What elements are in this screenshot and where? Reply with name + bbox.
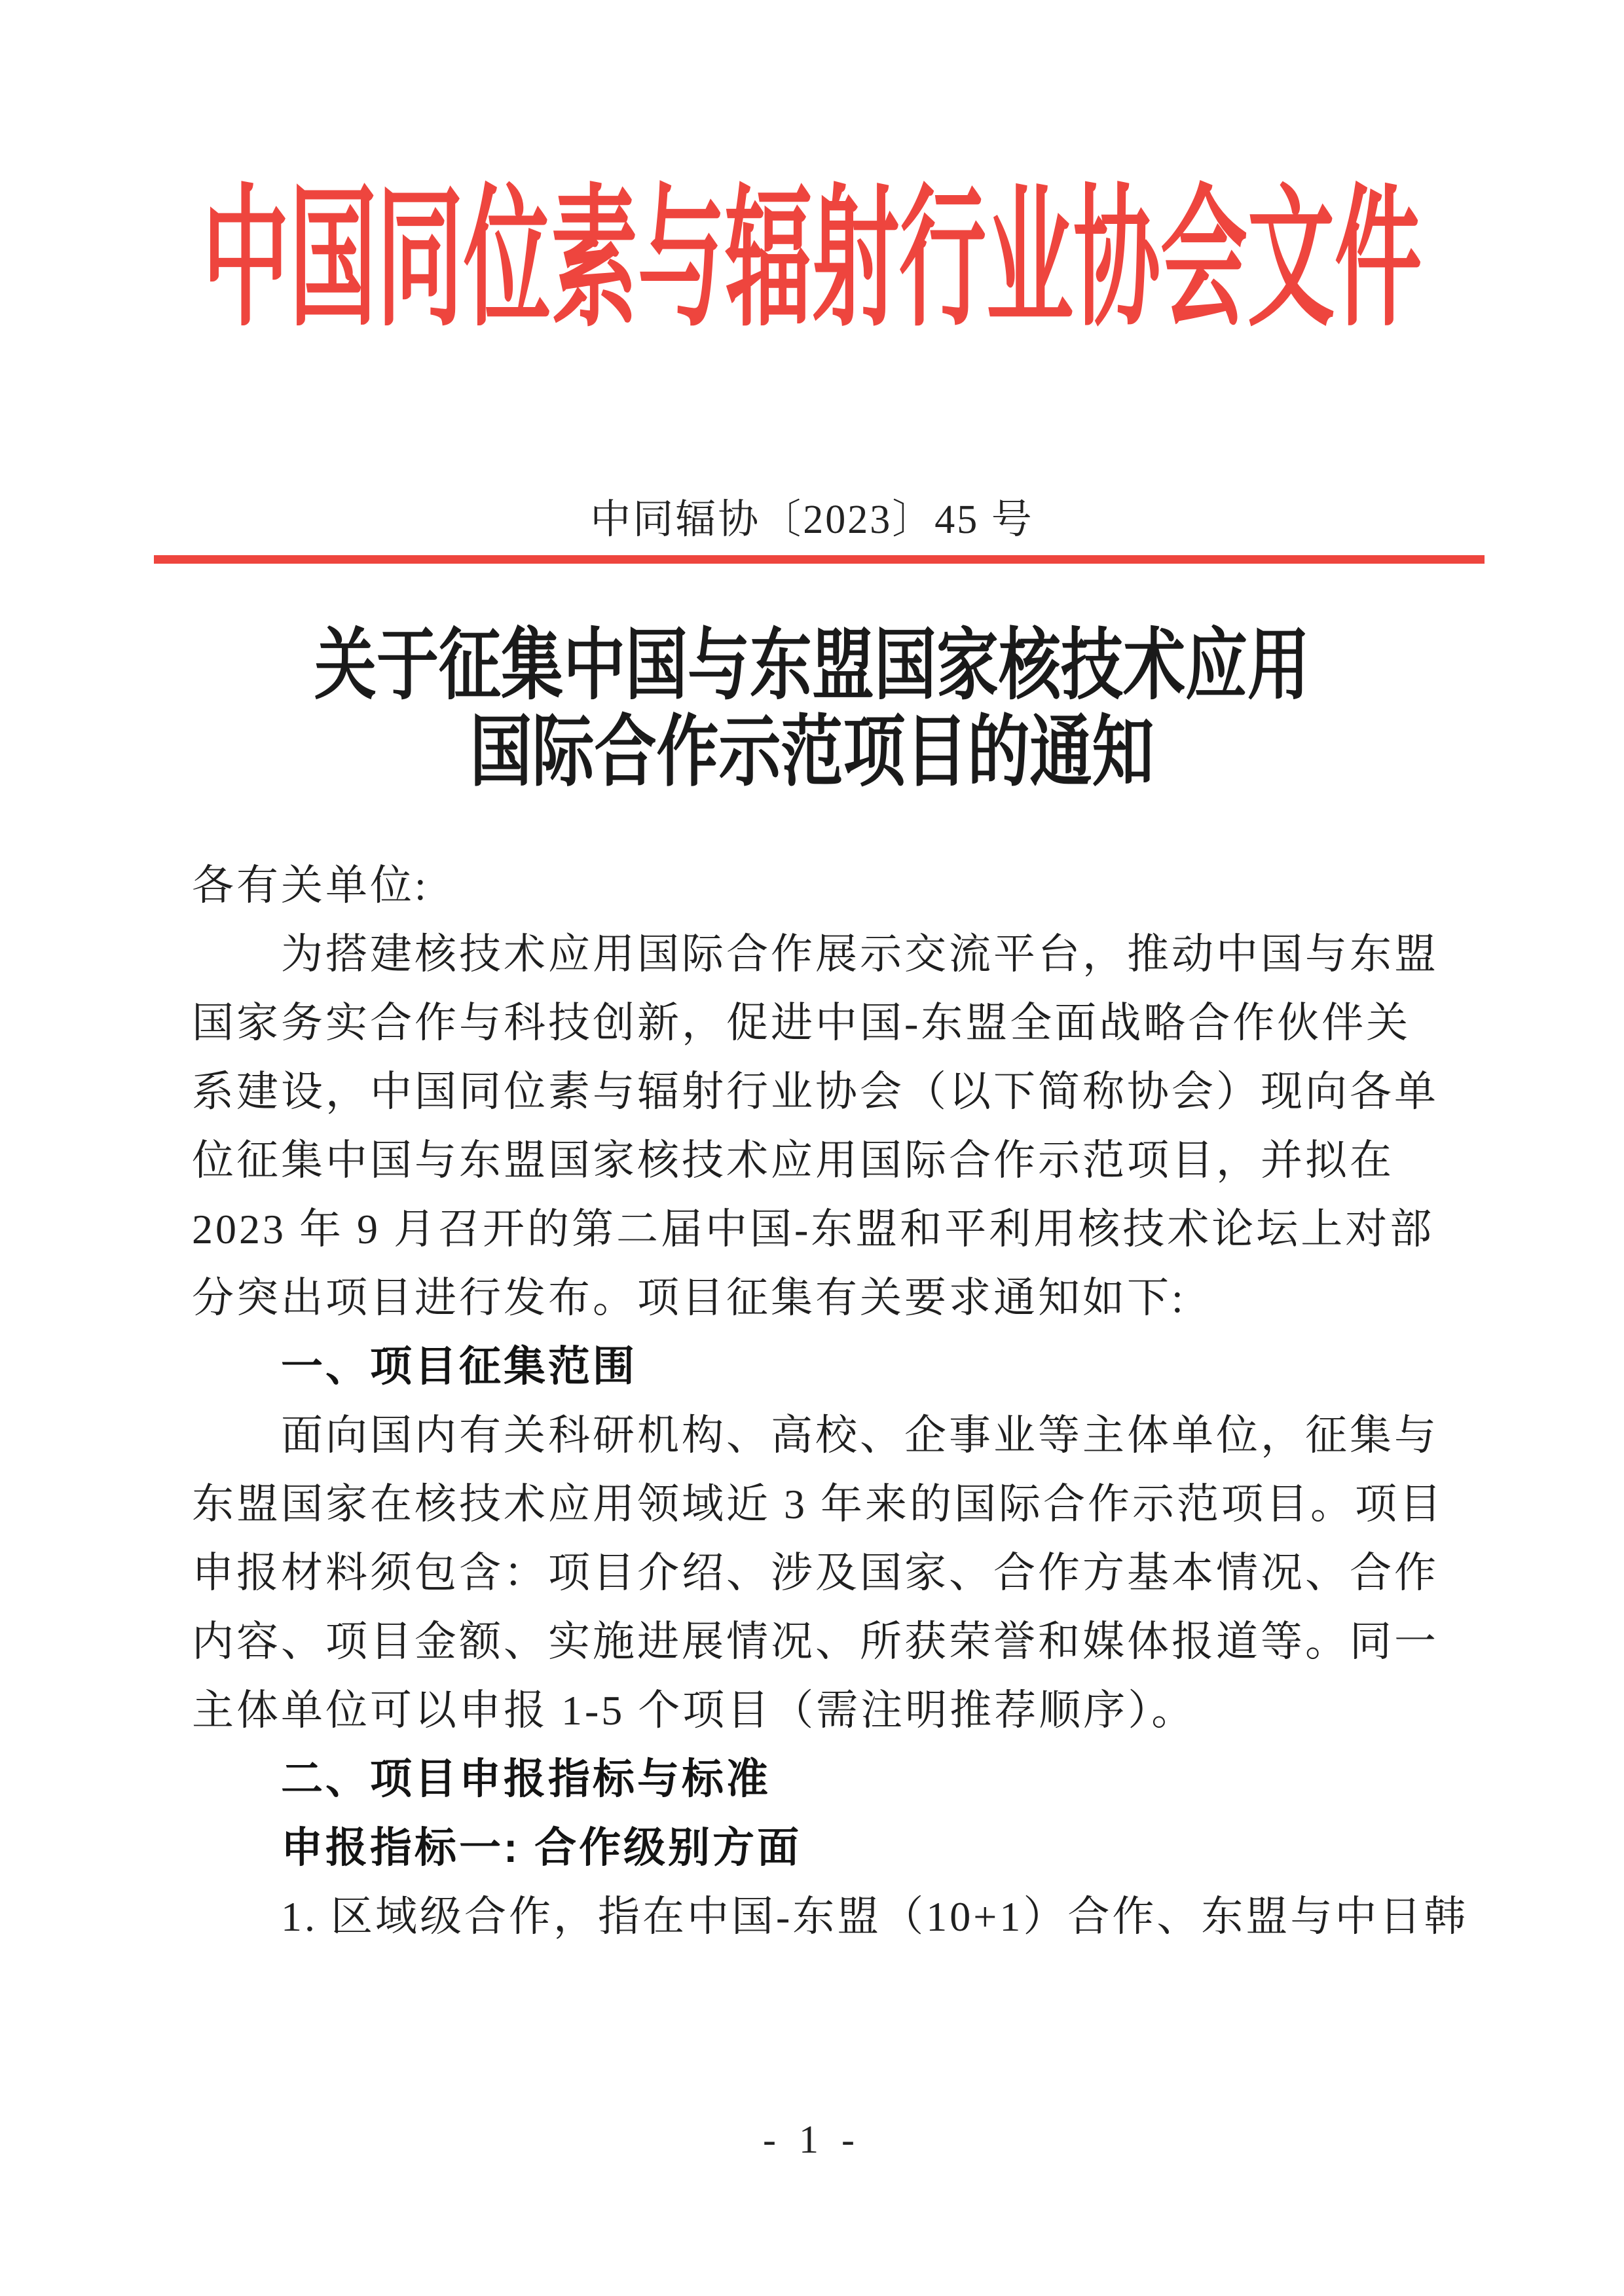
body-line: 2023 年 9 月召开的第二届中国-东盟和平利用核技术论坛上对部: [192, 1195, 1449, 1264]
body-line: 主体单位可以申报 1-5 个项目（需注明推荐顺序）。: [192, 1676, 1449, 1745]
document-page: 中国同位素与辐射行业协会文件 中同辐协〔2023〕45 号 关于征集中国与东盟国…: [0, 0, 1624, 2296]
document-body: 各有关单位: 为搭建核技术应用国际合作展示交流平台，推动中国与东盟 国家务实合作…: [192, 851, 1449, 1951]
notice-title-line-1: 关于征集中国与东盟国家核技术应用: [0, 622, 1624, 709]
document-reference-number: 中同辐协〔2023〕45 号: [0, 496, 1624, 543]
notice-title: 关于征集中国与东盟国家核技术应用 国际合作示范项目的通知: [0, 622, 1624, 795]
body-line: 分突出项目进行发布。项目征集有关要求通知如下:: [192, 1264, 1449, 1332]
body-line: 1. 区域级合作，指在中国-东盟（10+1）合作、东盟与中日韩: [192, 1882, 1449, 1951]
body-line: 国家务实合作与科技创新，促进中国-东盟全面战略合作伙伴关: [192, 989, 1449, 1057]
body-line: 位征集中国与东盟国家核技术应用国际合作示范项目，并拟在: [192, 1126, 1449, 1195]
body-line: 东盟国家在核技术应用领域近 3 年来的国际合作示范项目。项目: [192, 1470, 1449, 1539]
body-line: 为搭建核技术应用国际合作展示交流平台，推动中国与东盟: [192, 920, 1449, 989]
notice-title-line-2: 国际合作示范项目的通知: [0, 709, 1624, 796]
salutation-line: 各有关单位:: [192, 851, 1449, 920]
body-line: 系建设，中国同位素与辐射行业协会（以下简称协会）现向各单: [192, 1057, 1449, 1126]
section-heading-2: 二、项目申报指标与标准: [192, 1745, 1449, 1813]
red-divider-line: [154, 555, 1485, 564]
section-heading-1: 一、项目征集范围: [192, 1332, 1449, 1401]
sub-heading: 申报指标一: 合作级别方面: [192, 1813, 1449, 1882]
body-line: 内容、项目金额、实施进展情况、所获荣誉和媒体报道等。同一: [192, 1607, 1449, 1676]
agency-letterhead-title: 中国同位素与辐射行业协会文件: [0, 184, 1624, 337]
body-line: 面向国内有关科研机构、高校、企事业等主体单位，征集与: [192, 1401, 1449, 1470]
body-line: 申报材料须包含：项目介绍、涉及国家、合作方基本情况、合作: [192, 1539, 1449, 1607]
page-number: - 1 -: [0, 2116, 1624, 2163]
